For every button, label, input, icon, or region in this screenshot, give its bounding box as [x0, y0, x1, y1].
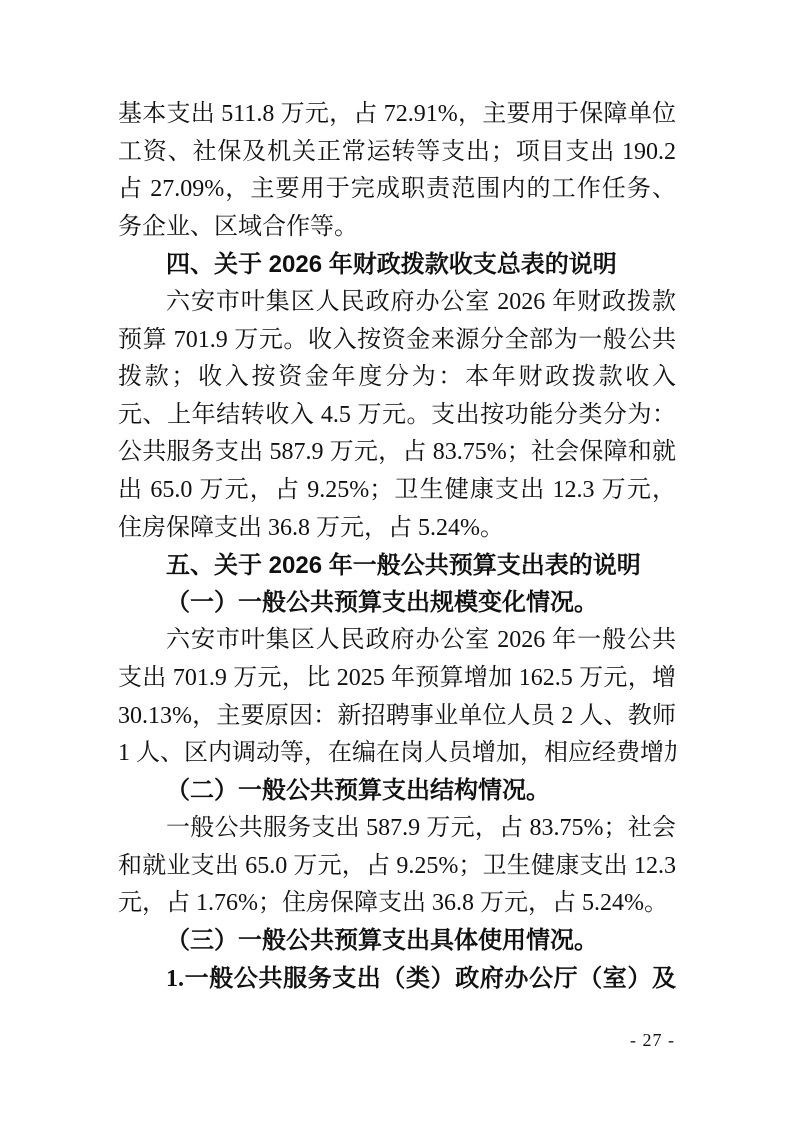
text-line: 支出 701.9 万元，比 2025 年预算增加 162.5 万元，增长: [118, 660, 676, 698]
heading-line: （三）一般公共预算支出具体使用情况。: [118, 923, 676, 961]
page-number: - 27 -: [630, 1030, 675, 1051]
text-line: 务企业、区域合作等。: [118, 209, 676, 247]
heading-line: （一）一般公共预算支出规模变化情况。: [118, 585, 676, 623]
text-line: 六安市叶集区人民政府办公室 2026 年财政拨款收支: [118, 284, 676, 322]
heading-line: 五、关于 2026 年一般公共预算支出表的说明: [118, 547, 676, 585]
text-line: 工资、社保及机关正常运转等支出；项目支出 190.2 万元，: [118, 134, 676, 172]
text-line: 占 27.09%，主要用于完成职责范围内的工作任务、联系服: [118, 171, 676, 209]
text-line: 住房保障支出 36.8 万元，占 5.24%。: [118, 510, 676, 548]
heading-line: （二）一般公共预算支出结构情况。: [118, 773, 676, 811]
heading-line: 四、关于 2026 年财政拨款收支总表的说明: [118, 246, 676, 284]
text-line: 出 65.0 万元，占 9.25%；卫生健康支出 12.3 万元，占 1.76%…: [118, 472, 676, 510]
text-line: 30.13%，主要原因：新招聘事业单位人员 2 人、教师转岗: [118, 698, 676, 736]
text-line: 基本支出 511.8 万元，占 72.91%，主要用于保障单位人员: [118, 96, 676, 134]
text-line: 拨款；收入按资金年度分为：本年财政拨款收入 697.4 万: [118, 359, 676, 397]
text-line: 和就业支出 65.0 万元，占 9.25%；卫生健康支出 12.3 万: [118, 848, 676, 886]
text-line: 预算 701.9 万元。收入按资金来源分全部为一般公共预算: [118, 322, 676, 360]
text-line: 元，占 1.76%；住房保障支出 36.8 万元，占 5.24%。: [118, 885, 676, 923]
text-line: 六安市叶集区人民政府办公室 2026 年一般公共预算: [118, 622, 676, 660]
document-text-block: 基本支出 511.8 万元，占 72.91%，主要用于保障单位人员工资、社保及机…: [118, 96, 676, 998]
text-line: 公共服务支出 587.9 万元，占 83.75%；社会保障和就业支: [118, 434, 676, 472]
document-page: 基本支出 511.8 万元，占 72.91%，主要用于保障单位人员工资、社保及机…: [0, 0, 793, 1122]
text-line: 一般公共服务支出 587.9 万元，占 83.75%；社会保障: [118, 810, 676, 848]
text-line: 1 人、区内调动等，在编在岗人员增加，相应经费增加。: [118, 735, 676, 773]
heading-line: 1.一般公共服务支出（类）政府办公厅（室）及相关: [118, 961, 676, 999]
text-line: 元、上年结转收入 4.5 万元。支出按功能分类分为：一般: [118, 397, 676, 435]
